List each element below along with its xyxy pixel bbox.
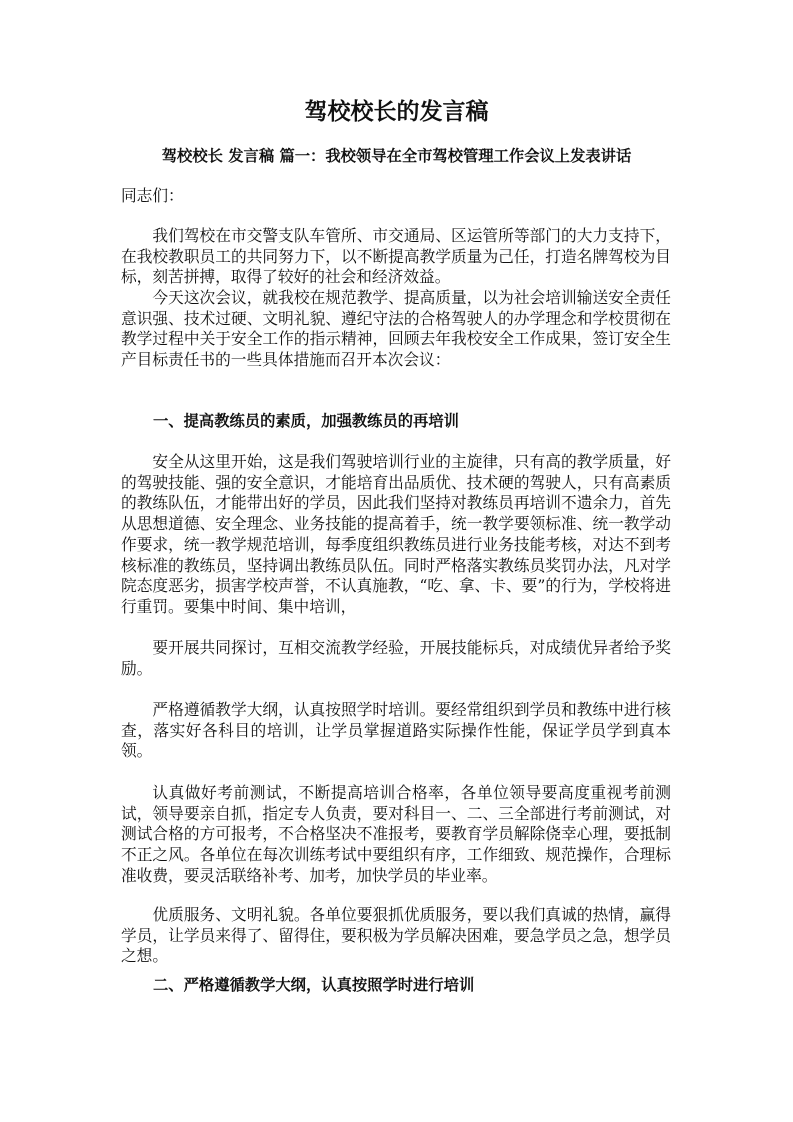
paragraph-syllabus: 严格遵循教学大纲，认真按照学时培训。要经常组织到学员和教练中进行核查，落实好各科…	[121, 700, 671, 762]
document-title: 驾校校长的发言稿	[0, 98, 793, 126]
paragraph-safety-training: 安全从这里开始，这是我们驾驶培训行业的主旋律，只有高的教学质量，好的驾驶技能、强…	[121, 452, 671, 618]
paragraph-intro: 我们驾校在市交警支队车管所、市交通局、区运管所等部门的大力支持下，在我校教职员工…	[121, 226, 671, 288]
document-page: 驾校校长的发言稿 驾校校长 发言稿 篇一：我校领导在全市驾校管理工作会议上发表讲…	[0, 0, 793, 1122]
paragraph-pre-exam-test: 认真做好考前测试，不断提高培训合格率，各单位领导要高度重视考前测试，领导要亲自抓…	[121, 783, 671, 887]
paragraph-meeting-purpose: 今天这次会议，就我校在规范教学、提高质量，以为社会培训输送安全责任意识强、技术过…	[121, 288, 671, 371]
paragraph-quality-service: 优质服务、文明礼貌。各单位要狠抓优质服务，要以我们真诚的热情，赢得学员，让学员来…	[121, 905, 671, 967]
paragraph-exchange: 要开展共同探讨，互相交流教学经验，开展技能标兵，对成绩优异者给予奖励。	[121, 638, 671, 679]
document-subtitle: 驾校校长 发言稿 篇一：我校领导在全市驾校管理工作会议上发表讲话	[0, 146, 793, 166]
section-heading-2: 二、严格遵循教学大纲，认真按照学时进行培训	[153, 975, 673, 995]
salutation: 同志们：	[121, 186, 671, 207]
section-heading-1: 一、提高教练员的素质，加强教练员的再培训	[153, 411, 673, 431]
